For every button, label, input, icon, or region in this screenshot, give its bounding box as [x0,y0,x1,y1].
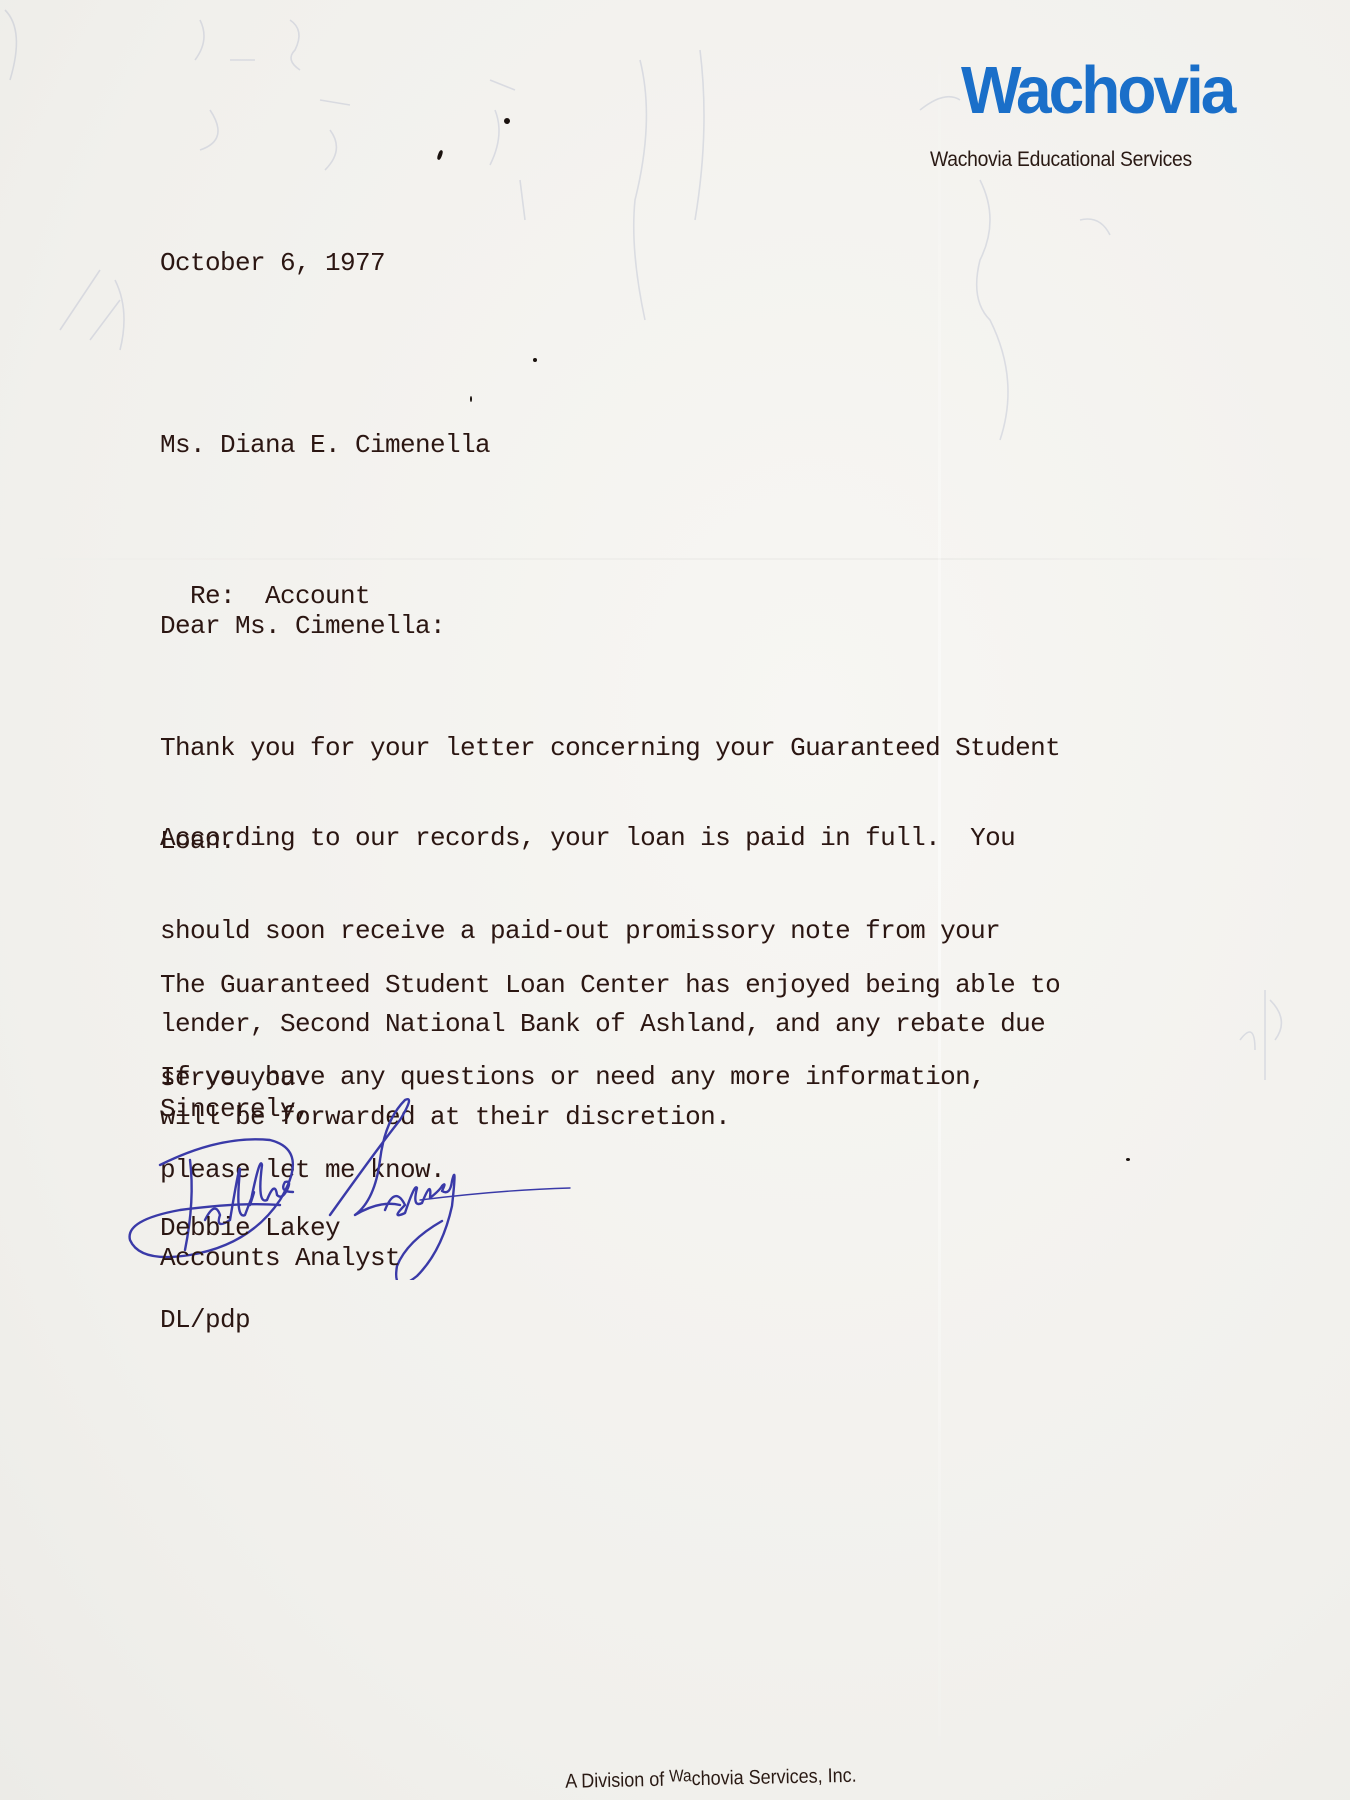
reference-value: Account [265,581,370,611]
ink-speck [533,358,537,362]
letterhead-footer: A Division of Wachovia Services, Inc. [556,1742,857,1794]
letter-date: October 6, 1977 [160,248,385,279]
footer-prefix: A Division of [565,1769,669,1793]
letterhead-division: Wachovia Educational Services [930,148,1192,172]
salutation: Dear Ms. Cimenella: [160,611,445,642]
ink-speck [1126,1158,1130,1161]
signer-name: Debbie Lakey [160,1213,340,1244]
ink-speck [504,118,510,124]
reference-line: Re: Account [160,550,370,612]
footer-company-small: Wa [669,1766,692,1785]
paragraph-line: Thank you for your letter concerning you… [160,733,1060,764]
recipient-name: Ms. Diana E. Cimenella [160,430,490,461]
wachovia-logo: Wachovia [961,56,1233,123]
reference-label: Re: [190,581,235,611]
signer-title: Accounts Analyst [160,1243,400,1274]
paragraph-line: According to our records, your loan is p… [160,823,1045,854]
ink-speck [470,396,472,402]
paragraph-line: The Guaranteed Student Loan Center has e… [160,970,1060,1001]
footer-company: chovia Services, Inc. [691,1765,857,1790]
typist-initials: DL/pdp [160,1305,250,1336]
